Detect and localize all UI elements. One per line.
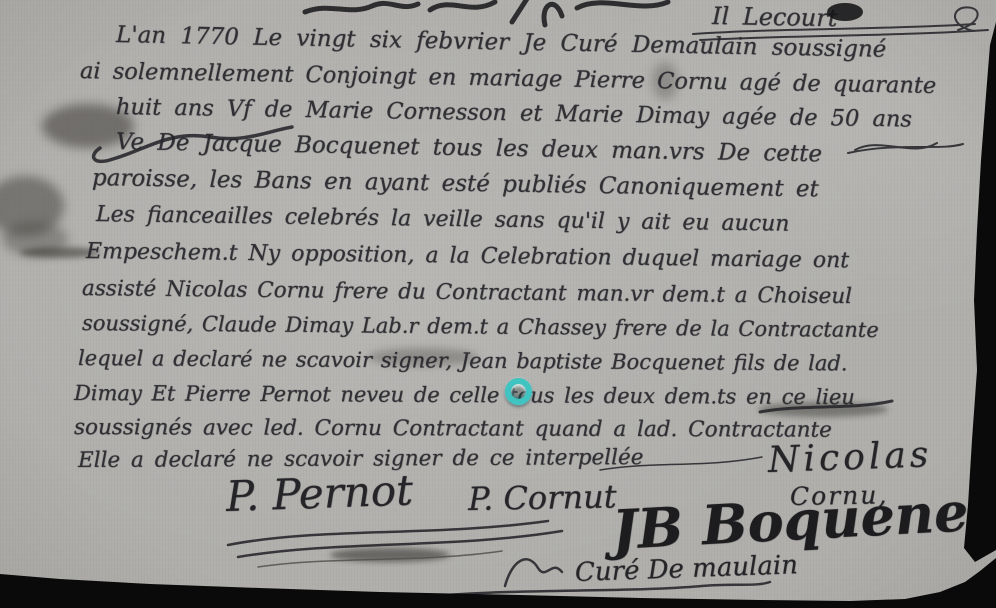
manuscript-line-8: assisté Nicolas Cornu frere du Contracta… [82,276,852,309]
signature-boquenet: JB Boquenet [610,478,994,562]
manuscript-line-9: soussigné, Claude Dimay Lab.r dem.t a Ch… [82,311,879,342]
manuscript-line-2: ai solemnellement Conjoingt en mariage P… [80,58,937,99]
manuscript-line-3: huit ans Vf de Marie Cornesson et Marie … [116,94,912,132]
scan-edge-bottom [0,558,996,608]
line4-flourish [848,143,963,153]
ink-stain [0,176,64,236]
signature-nicolas-line1: Nicolas [767,434,933,481]
manuscript-line-6: Les fianceailles celebrés la veille sans… [96,202,790,237]
manuscript-line-5: paroisse, les Bans en ayant esté publiés… [92,165,819,202]
previous-entry-remnant [305,0,668,25]
pernot-paraph [228,521,562,567]
manuscript-line-11: Dimay Et Pierre Pernot neveu de celle to… [74,381,855,409]
manuscript-line-10: lequel a declaré ne scavoir signer, Jean… [78,346,848,375]
cure-signature-flourish [505,559,562,586]
signature-cornut: P. Cornut [468,477,617,518]
ink-stain [330,548,450,562]
manuscript-scan: Il Lecourt L'an 1770 Le vingt six febvri… [0,0,996,608]
click-marker-icon [505,378,532,405]
signature-cure: Curé De maulain [574,550,798,588]
manuscript-line-12: soussignés avec led. Cornu Contractant q… [74,415,832,443]
ink-stain [2,222,68,256]
margin-name: Il Lecourt [712,2,838,32]
signature-pernot: P. Pernot [225,465,414,520]
manuscript-line-7: Empeschem.t Ny opposition, a la Celebrat… [86,239,849,273]
manuscript-line-4: Ve De Jacque Bocquenet tous les deux man… [116,129,822,167]
